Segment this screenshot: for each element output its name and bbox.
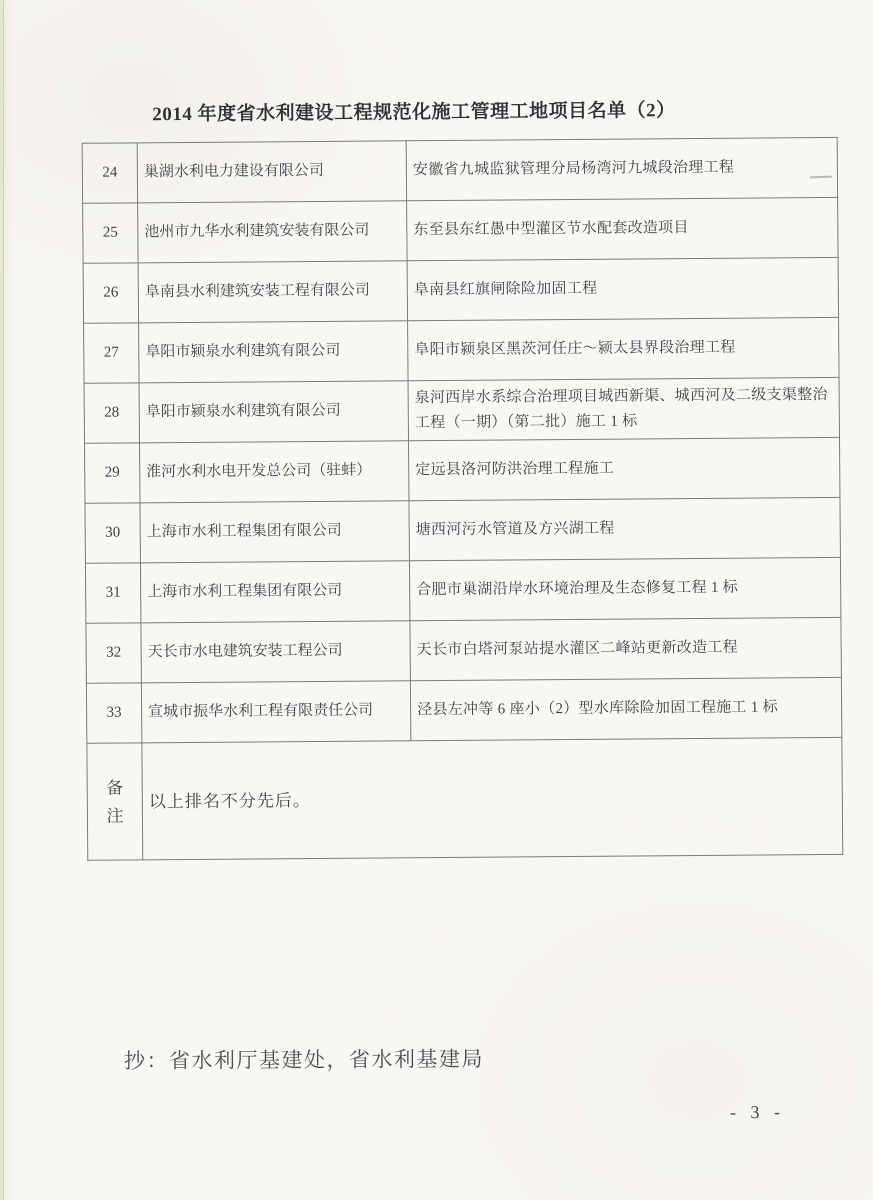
document-content: 2014 年度省水利建设工程规范化施工管理工地项目名单（2） 24 巢湖水利电力…: [0, 0, 870, 3]
row-number: 32: [86, 623, 141, 683]
table-row: 30 上海市水利工程集团有限公司 塘西河污水管道及方兴湖工程: [85, 497, 840, 563]
project-table: 24 巢湖水利电力建设有限公司 安徽省九城监狱管理分局杨湾河九城段治理工程 25…: [82, 137, 844, 861]
cc-line: 抄：省水利厅基建处，省水利基建局: [124, 1043, 484, 1075]
project-name: 东至县东红愚中型灌区节水配套改造项目: [407, 197, 838, 260]
note-row: 备 注 以上排名不分先后。: [87, 737, 843, 860]
row-number: 24: [82, 143, 137, 203]
scan-edge-strip: [0, 0, 4, 1200]
table-row: 27 阜阳市颍泉水利建筑有限公司 阜阳市颍泉区黑茨河任庄～颍太县界段治理工程: [84, 317, 839, 383]
project-name: 安徽省九城监狱管理分局杨湾河九城段治理工程: [406, 137, 837, 200]
company-name: 阜阳市颍泉水利建筑有限公司: [139, 321, 408, 383]
table-row: 29 淮河水利水电开发总公司（驻蚌） 定远县洛河防洪治理工程施工: [85, 437, 840, 503]
project-name: 天长市白塔河泵站提水灌区二峰站更新改造工程: [410, 617, 841, 680]
company-name: 宣城市振华水利工程有限责任公司: [141, 681, 410, 743]
project-name: 阜南县红旗闸除险加固工程: [407, 257, 838, 320]
row-number: 27: [84, 323, 139, 383]
row-number: 25: [83, 203, 138, 263]
note-text-cell: 以上排名不分先后。: [142, 737, 843, 859]
row-number: 30: [85, 503, 140, 563]
note-label-char: 备: [94, 779, 136, 796]
row-number: 26: [83, 263, 138, 323]
note-label-char: 注: [94, 807, 136, 824]
row-number: 33: [86, 683, 141, 743]
scanned-document-page: 2014 年度省水利建设工程规范化施工管理工地项目名单（2） 24 巢湖水利电力…: [0, 0, 873, 1200]
row-number: 31: [85, 563, 140, 623]
project-name: 塘西河污水管道及方兴湖工程: [409, 497, 840, 560]
row-number: 29: [85, 443, 140, 503]
project-name: 阜阳市颍泉区黑茨河任庄～颍太县界段治理工程: [408, 317, 839, 380]
project-name: 定远县洛河防洪治理工程施工: [409, 437, 840, 500]
company-name: 阜南县水利建筑安装工程有限公司: [138, 261, 407, 323]
table-row: 28 阜阳市颍泉水利建筑有限公司 泉河西岸水系综合治理项目城西新渠、城西河及二级…: [84, 377, 839, 443]
table-row: 33 宣城市振华水利工程有限责任公司 泾县左冲等 6 座小（2）型水库除险加固工…: [86, 677, 841, 743]
table-row: 32 天长市水电建筑安装工程公司 天长市白塔河泵站提水灌区二峰站更新改造工程: [86, 617, 841, 683]
page-number: - 3 -: [730, 1102, 785, 1124]
project-name: 合肥市巢湖沿岸水环境治理及生态修复工程 1 标: [409, 557, 840, 620]
project-name: 泉河西岸水系综合治理项目城西新渠、城西河及二级支渠整治工程（一期）（第二批）施工…: [408, 377, 839, 440]
table-row: 26 阜南县水利建筑安装工程有限公司 阜南县红旗闸除险加固工程: [83, 257, 838, 323]
table-row: 25 池州市九华水利建筑安装有限公司 东至县东红愚中型灌区节水配套改造项目: [83, 197, 838, 263]
company-name: 上海市水利工程集团有限公司: [140, 561, 409, 623]
company-name: 天长市水电建筑安装工程公司: [141, 621, 410, 683]
project-name: 泾县左冲等 6 座小（2）型水库除险加固工程施工 1 标: [410, 677, 841, 740]
company-name: 阜阳市颍泉水利建筑有限公司: [139, 381, 408, 443]
table-row: 31 上海市水利工程集团有限公司 合肥市巢湖沿岸水环境治理及生态修复工程 1 标: [85, 557, 840, 623]
company-name: 上海市水利工程集团有限公司: [140, 501, 409, 563]
document-title: 2014 年度省水利建设工程规范化施工管理工地项目名单（2）: [0, 94, 831, 128]
company-name: 巢湖水利电力建设有限公司: [137, 141, 406, 203]
company-name: 淮河水利水电开发总公司（驻蚌）: [140, 441, 409, 503]
row-number: 28: [84, 383, 139, 443]
company-name: 池州市九华水利建筑安装有限公司: [138, 201, 407, 263]
table-row: 24 巢湖水利电力建设有限公司 安徽省九城监狱管理分局杨湾河九城段治理工程: [82, 137, 837, 203]
note-label-cell: 备 注: [87, 743, 143, 860]
